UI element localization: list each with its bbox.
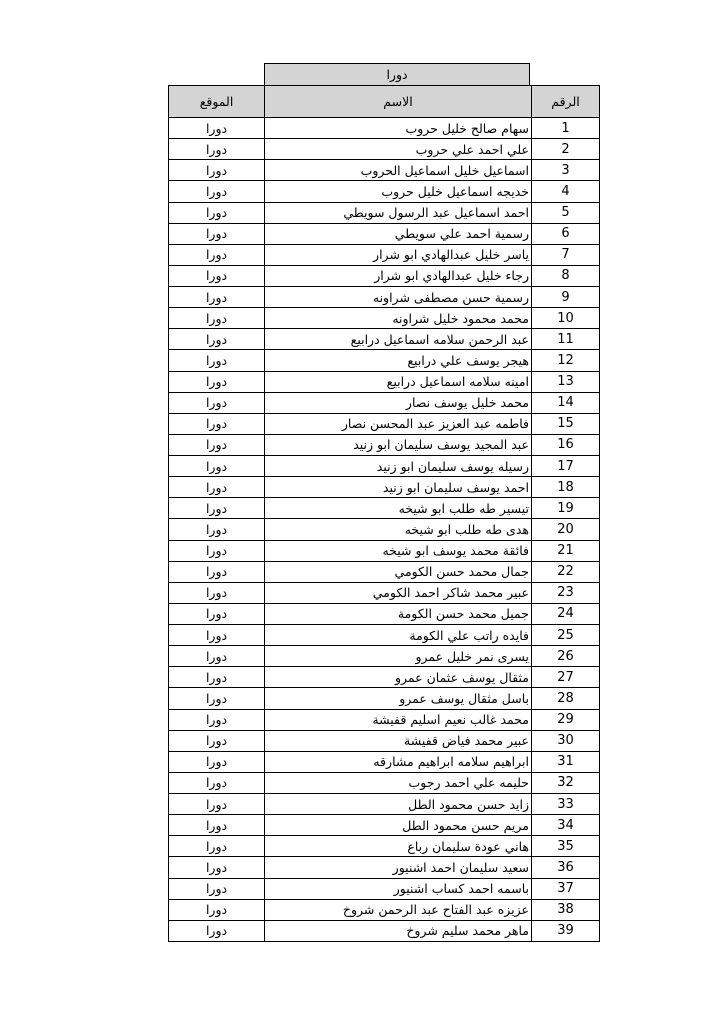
table-row: 12 هيجر يوسف علي درابيع دورا [169,350,600,371]
table-row: 27 مثقال يوسف عثمان عمرو دورا [169,667,600,688]
cell-number: 4 [532,181,600,202]
col-header-location: الموقع [169,86,265,118]
cell-number: 29 [532,709,600,730]
cell-number: 34 [532,815,600,836]
cell-number: 24 [532,603,600,624]
cell-name: رسمية احمد علي سويطي [265,223,532,244]
cell-name: فاطمه عبد العزيز عبد المحسن نصار [265,413,532,434]
table-row: 16 عبد المجيد يوسف سليمان ابو زنيد دورا [169,434,600,455]
table-row: 26 يسرى نمر خليل عمرو دورا [169,646,600,667]
col-header-number: الرقم [532,86,600,118]
table-row: 22 جمال محمد حسن الكومي دورا [169,561,600,582]
cell-name: عزيزه عبد الفتاح عبد الرحمن شروخ [265,899,532,920]
table-row: 11 عبد الرحمن سلامه اسماعيل درابيع دورا [169,329,600,350]
cell-location: دورا [169,857,265,878]
cell-location: دورا [169,625,265,646]
table-row: 28 باسل مثقال يوسف عمرو دورا [169,688,600,709]
cell-name: عبد الرحمن سلامه اسماعيل درابيع [265,329,532,350]
cell-name: مريم حسن محمود الطل [265,815,532,836]
cell-number: 11 [532,329,600,350]
cell-name: رسيله يوسف سليمان ابو زنيد [265,456,532,477]
cell-location: دورا [169,815,265,836]
cell-name: زايد حسن محمود الطل [265,794,532,815]
table-row: 24 جميل محمد حسن الكومة دورا [169,603,600,624]
table-row: 2 علي احمد علي حروب دورا [169,139,600,160]
cell-name: هيجر يوسف علي درابيع [265,350,532,371]
table-row: 5 احمد اسماعيل عبد الرسول سويطي دورا [169,202,600,223]
cell-name: تيسير طه طلب ابو شيخه [265,498,532,519]
cell-name: رجاء خليل عبدالهادي ابو شرار [265,265,532,286]
cell-location: دورا [169,456,265,477]
cell-number: 23 [532,582,600,603]
cell-location: دورا [169,667,265,688]
cell-name: جمال محمد حسن الكومي [265,561,532,582]
cell-name: فائقة محمد يوسف ابو شيخه [265,540,532,561]
cell-number: 10 [532,308,600,329]
cell-location: دورا [169,413,265,434]
cell-name: عبد المجيد يوسف سليمان ابو زنيد [265,434,532,455]
cell-location: دورا [169,794,265,815]
table-row: 8 رجاء خليل عبدالهادي ابو شرار دورا [169,265,600,286]
cell-name: عبير محمد شاكر احمد الكومي [265,582,532,603]
cell-number: 37 [532,878,600,899]
cell-number: 18 [532,477,600,498]
table-row: 6 رسمية احمد علي سويطي دورا [169,223,600,244]
roster-table: الرقم الاسم الموقع 1 سهام صالح خليل حروب… [168,85,600,942]
table-row: 37 باسمه احمد كساب اشنيور دورا [169,878,600,899]
cell-name: ابراهيم سلامه ابراهيم مشارقه [265,751,532,772]
table-row: 39 ماهر محمد سليم شروخ دورا [169,920,600,941]
table-row: 33 زايد حسن محمود الطل دورا [169,794,600,815]
table-row: 9 رسمية حسن مصطفى شراونه دورا [169,287,600,308]
cell-location: دورا [169,540,265,561]
cell-number: 15 [532,413,600,434]
table-row: 10 محمد محمود خليل شراونه دورا [169,308,600,329]
cell-number: 14 [532,392,600,413]
cell-number: 13 [532,371,600,392]
cell-name: سهام صالح خليل حروب [265,118,532,139]
group-header-cell: دورا [264,63,530,86]
cell-number: 6 [532,223,600,244]
cell-number: 8 [532,265,600,286]
cell-location: دورا [169,118,265,139]
cell-name: ياسر خليل عبدالهادي ابو شرار [265,244,532,265]
cell-name: حليمه علي احمد رجوب [265,772,532,793]
table-row: 29 محمد غالب نعيم اسليم قفيشة دورا [169,709,600,730]
cell-number: 36 [532,857,600,878]
cell-location: دورا [169,920,265,941]
cell-location: دورا [169,751,265,772]
cell-location: دورا [169,287,265,308]
table-row: 17 رسيله يوسف سليمان ابو زنيد دورا [169,456,600,477]
cell-number: 3 [532,160,600,181]
cell-location: دورا [169,202,265,223]
cell-number: 35 [532,836,600,857]
cell-number: 7 [532,244,600,265]
cell-name: احمد يوسف سليمان ابو زنيد [265,477,532,498]
cell-location: دورا [169,244,265,265]
cell-name: ماهر محمد سليم شروخ [265,920,532,941]
table-row: 3 اسماعيل خليل اسماعيل الحروب دورا [169,160,600,181]
cell-number: 16 [532,434,600,455]
cell-name: باسمه احمد كساب اشنيور [265,878,532,899]
table-row: 32 حليمه علي احمد رجوب دورا [169,772,600,793]
cell-location: دورا [169,603,265,624]
cell-number: 1 [532,118,600,139]
cell-location: دورا [169,181,265,202]
cell-number: 12 [532,350,600,371]
table-row: 7 ياسر خليل عبدالهادي ابو شرار دورا [169,244,600,265]
cell-name: جميل محمد حسن الكومة [265,603,532,624]
cell-number: 5 [532,202,600,223]
cell-location: دورا [169,160,265,181]
cell-number: 19 [532,498,600,519]
cell-name: محمد غالب نعيم اسليم قفيشة [265,709,532,730]
cell-number: 32 [532,772,600,793]
cell-name: باسل مثقال يوسف عمرو [265,688,532,709]
cell-number: 26 [532,646,600,667]
cell-location: دورا [169,646,265,667]
col-header-name: الاسم [265,86,532,118]
cell-location: دورا [169,265,265,286]
cell-number: 30 [532,730,600,751]
cell-name: هاني عودة سليمان رباع [265,836,532,857]
table-body: 1 سهام صالح خليل حروب دورا 2 علي احمد عل… [169,118,600,942]
table-row: 4 خديجه اسماعيل خليل حروب دورا [169,181,600,202]
cell-number: 17 [532,456,600,477]
cell-name: فايده راتب علي الكومة [265,625,532,646]
table-row: 1 سهام صالح خليل حروب دورا [169,118,600,139]
table-row: 23 عبير محمد شاكر احمد الكومي دورا [169,582,600,603]
table-row: 20 هدى طه طلب ابو شيخه دورا [169,519,600,540]
cell-number: 20 [532,519,600,540]
cell-location: دورا [169,308,265,329]
cell-name: محمد خليل يوسف نصار [265,392,532,413]
cell-name: عبير محمد فياض قفيشة [265,730,532,751]
cell-number: 33 [532,794,600,815]
cell-location: دورا [169,836,265,857]
cell-location: دورا [169,582,265,603]
document-page: دورا الرقم الاسم الموقع 1 سهام صالح خليل… [0,0,724,1024]
cell-location: دورا [169,730,265,751]
cell-name: هدى طه طلب ابو شيخه [265,519,532,540]
cell-name: مثقال يوسف عثمان عمرو [265,667,532,688]
cell-name: امينه سلامه اسماعيل درابيع [265,371,532,392]
table-row: 34 مريم حسن محمود الطل دورا [169,815,600,836]
cell-location: دورا [169,477,265,498]
cell-number: 31 [532,751,600,772]
cell-location: دورا [169,709,265,730]
table-row: 35 هاني عودة سليمان رباع دورا [169,836,600,857]
table-row: 13 امينه سلامه اسماعيل درابيع دورا [169,371,600,392]
cell-location: دورا [169,434,265,455]
cell-name: اسماعيل خليل اسماعيل الحروب [265,160,532,181]
table-row: 36 سعيد سليمان احمد اشنيور دورا [169,857,600,878]
cell-number: 2 [532,139,600,160]
table-row: 15 فاطمه عبد العزيز عبد المحسن نصار دورا [169,413,600,434]
cell-number: 21 [532,540,600,561]
cell-name: خديجه اسماعيل خليل حروب [265,181,532,202]
cell-location: دورا [169,688,265,709]
cell-location: دورا [169,519,265,540]
cell-number: 28 [532,688,600,709]
cell-location: دورا [169,561,265,582]
cell-location: دورا [169,392,265,413]
cell-location: دورا [169,878,265,899]
cell-location: دورا [169,371,265,392]
cell-name: سعيد سليمان احمد اشنيور [265,857,532,878]
cell-number: 22 [532,561,600,582]
header-row: الرقم الاسم الموقع [169,86,600,118]
table-row: 30 عبير محمد فياض قفيشة دورا [169,730,600,751]
cell-location: دورا [169,350,265,371]
cell-number: 38 [532,899,600,920]
cell-location: دورا [169,899,265,920]
cell-name: احمد اسماعيل عبد الرسول سويطي [265,202,532,223]
cell-name: محمد محمود خليل شراونه [265,308,532,329]
table-row: 18 احمد يوسف سليمان ابو زنيد دورا [169,477,600,498]
table-row: 21 فائقة محمد يوسف ابو شيخه دورا [169,540,600,561]
table-row: 14 محمد خليل يوسف نصار دورا [169,392,600,413]
cell-location: دورا [169,223,265,244]
cell-number: 9 [532,287,600,308]
cell-number: 39 [532,920,600,941]
table-row: 38 عزيزه عبد الفتاح عبد الرحمن شروخ دورا [169,899,600,920]
cell-location: دورا [169,772,265,793]
table-row: 31 ابراهيم سلامه ابراهيم مشارقه دورا [169,751,600,772]
cell-name: علي احمد علي حروب [265,139,532,160]
cell-name: رسمية حسن مصطفى شراونه [265,287,532,308]
cell-number: 27 [532,667,600,688]
cell-location: دورا [169,329,265,350]
cell-location: دورا [169,139,265,160]
cell-number: 25 [532,625,600,646]
table-row: 25 فايده راتب علي الكومة دورا [169,625,600,646]
table-row: 19 تيسير طه طلب ابو شيخه دورا [169,498,600,519]
cell-location: دورا [169,498,265,519]
cell-name: يسرى نمر خليل عمرو [265,646,532,667]
